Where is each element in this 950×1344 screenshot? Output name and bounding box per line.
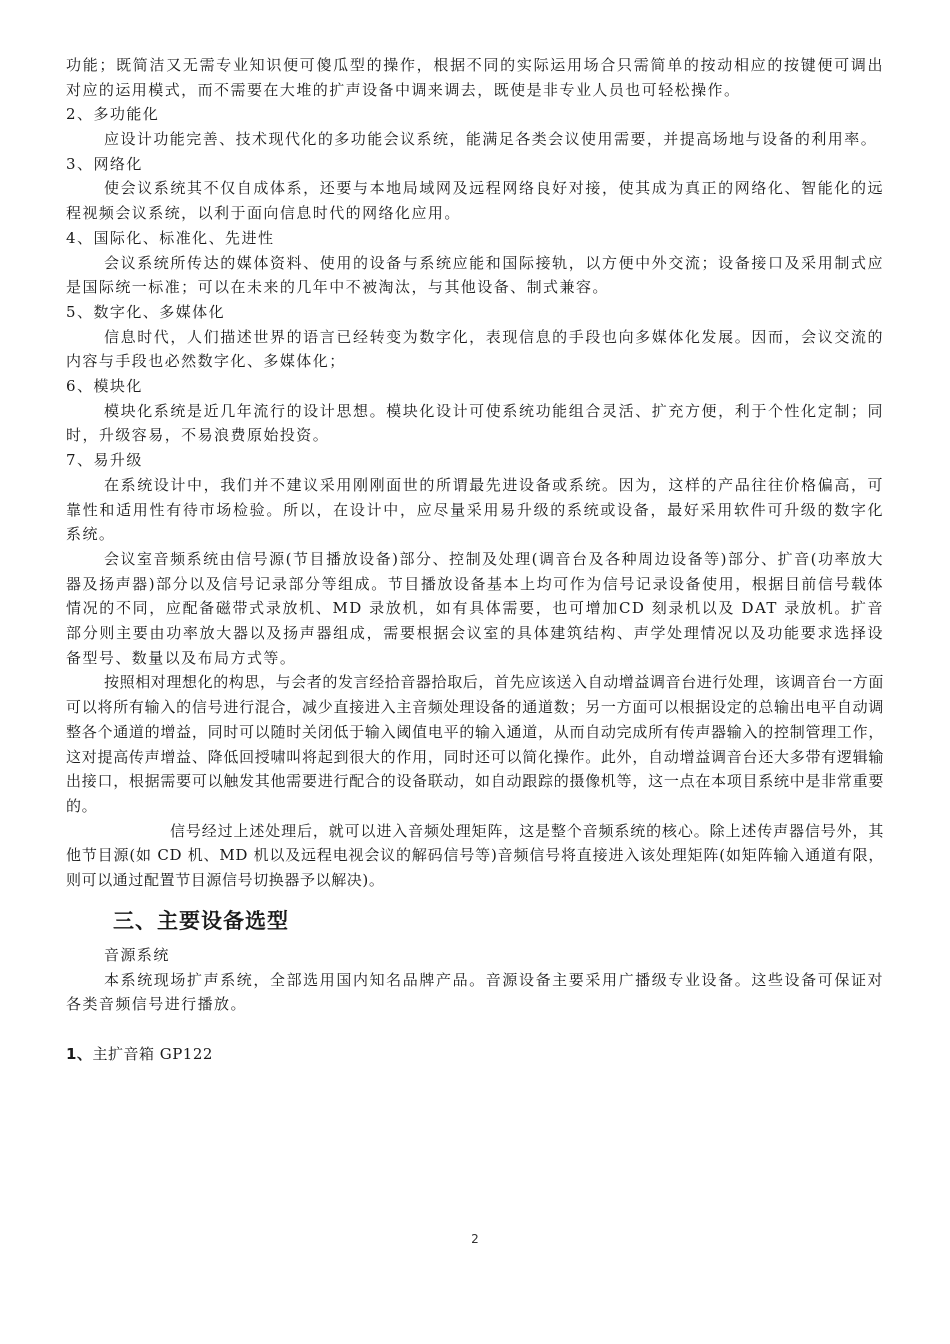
section-body-multifunction: 应设计功能完善、技术现代化的多功能会议系统，能满足各类会议使用需要，并提高场地与…	[66, 127, 884, 152]
page-number: 2	[0, 1232, 950, 1246]
matrix-paragraph: 信号经过上述处理后，就可以进入音频处理矩阵，这是整个音频系统的核心。除上述传声器…	[66, 819, 884, 893]
section-body-modular: 模块化系统是近几年流行的设计思想。模块化设计可使系统功能组合灵活、扩充方便，利于…	[66, 399, 884, 448]
section-title-network: 3、网络化	[66, 152, 884, 177]
audio-system-paragraph: 会议室音频系统由信号源(节目播放设备)部分、控制及处理(调音台及各种周边设备等)…	[66, 547, 884, 671]
section-body-international: 会议系统所传达的媒体资料、使用的设备与系统应能和国际接轨，以方便中外交流；设备接…	[66, 251, 884, 300]
blank-line	[66, 1017, 884, 1042]
section-body-digital: 信息时代，人们描述世界的语言已经转变为数字化，表现信息的手段也向多媒体化发展。因…	[66, 325, 884, 374]
page-content: 功能；既简洁又无需专业知识便可傻瓜型的操作，根据不同的实际运用场合只需简单的按动…	[66, 53, 884, 1066]
section-title-upgradable: 7、易升级	[66, 448, 884, 473]
item-1-title: 1、主扩音箱 GP122	[66, 1042, 884, 1067]
item-1-label: 主扩音箱 GP122	[92, 1045, 212, 1063]
section-title-multifunction: 2、多功能化	[66, 102, 884, 127]
section-body-network: 使会议系统其不仅自成体系，还要与本地局域网及远程网络良好对接，使其成为真正的网络…	[66, 176, 884, 225]
section-title-international: 4、国际化、标准化、先进性	[66, 226, 884, 251]
document-page: 功能；既简洁又无需专业知识便可傻瓜型的操作，根据不同的实际运用场合只需简单的按动…	[0, 0, 950, 1344]
sound-source-body: 本系统现场扩声系统，全部选用国内知名品牌产品。音源设备主要采用广播级专业设备。这…	[66, 968, 884, 1017]
section-title-modular: 6、模块化	[66, 374, 884, 399]
section-body-upgradable: 在系统设计中，我们并不建议采用刚刚面世的所谓最先进设备或系统。因为，这样的产品往…	[66, 473, 884, 547]
section-title-digital: 5、数字化、多媒体化	[66, 300, 884, 325]
item-1-number: 1、	[66, 1045, 92, 1063]
chapter-heading: 三、主要设备选型	[66, 907, 884, 935]
mixer-paragraph: 按照相对理想化的构思，与会者的发言经拾音器拾取后，首先应该送入自动增益调音台进行…	[66, 670, 884, 818]
sound-source-title: 音源系统	[66, 943, 884, 968]
intro-paragraph: 功能；既简洁又无需专业知识便可傻瓜型的操作，根据不同的实际运用场合只需简单的按动…	[66, 53, 884, 102]
